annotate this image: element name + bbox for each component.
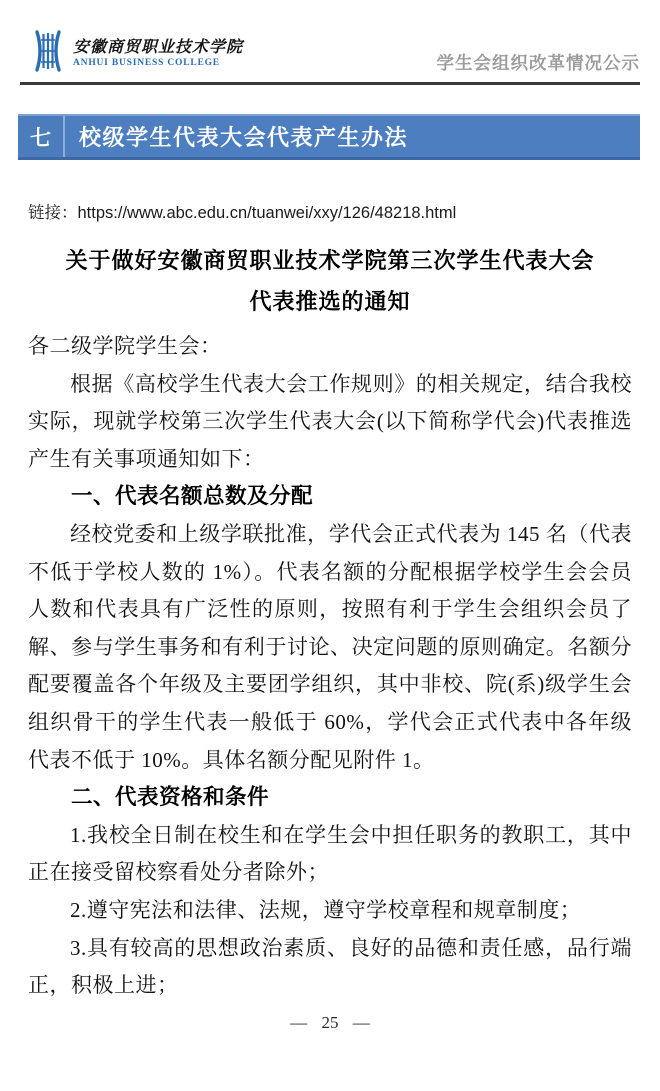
header-divider-rule [20, 82, 640, 85]
paragraph-intro: 根据《高校学生代表大会工作规则》的相关规定，结合我校实际，现就学校第三次学生代表… [28, 366, 632, 479]
notice-title: 关于做好安徽商贸职业技术学院第三次学生代表大会 代表推选的通知 [28, 240, 632, 322]
heading-section-1: 一、代表名额总数及分配 [28, 478, 632, 516]
paragraph-condition-1: 1.我校全日制在校生和在学生会中担任职务的教职工，其中正在接受留校察看处分者除外… [28, 817, 632, 892]
document-page: 安徽商贸职业技术学院 ANHUI BUSINESS COLLEGE 学生会组织改… [0, 0, 660, 1091]
section-number: 七 [18, 116, 65, 157]
source-url-link[interactable]: https://www.abc.edu.cn/tuanwei/xxy/126/4… [78, 204, 457, 222]
page-header: 安徽商贸职业技术学院 ANHUI BUSINESS COLLEGE 学生会组织改… [30, 29, 640, 77]
section-title: 校级学生代表大会代表产生办法 [65, 116, 640, 157]
paragraph-condition-3: 3.具有较高的思想政治素质、良好的品德和责任感，品行端正，积极上进； [28, 930, 632, 1005]
college-name-zh: 安徽商贸职业技术学院 [73, 38, 243, 57]
page-footer: — 25 — [0, 1013, 660, 1033]
page-number: — 25 — [290, 1013, 370, 1032]
link-label: 链接： [28, 204, 78, 222]
college-logo-text: 安徽商贸职业技术学院 ANHUI BUSINESS COLLEGE [73, 38, 243, 70]
header-slogan: 学生会组织改革情况公示 [437, 50, 641, 77]
notice-body: 各二级学院学生会： 根据《高校学生代表大会工作规则》的相关规定，结合我校实际，现… [28, 328, 632, 1005]
section-header-bar: 七 校级学生代表大会代表产生办法 [18, 114, 640, 160]
college-logo-icon [30, 30, 66, 77]
salutation: 各二级学院学生会： [28, 328, 632, 366]
source-link-line: 链接：https://www.abc.edu.cn/tuanwei/xxy/12… [28, 199, 632, 223]
paragraph-quota: 经校党委和上级学联批准，学代会正式代表为 145 名（代表不低于学校人数的 1%… [28, 516, 632, 779]
college-logo: 安徽商贸职业技术学院 ANHUI BUSINESS COLLEGE [30, 30, 243, 77]
paragraph-condition-2: 2.遵守宪法和法律、法规，遵守学校章程和规章制度； [28, 892, 632, 930]
heading-section-2: 二、代表资格和条件 [28, 779, 632, 817]
notice-title-line1: 关于做好安徽商贸职业技术学院第三次学生代表大会 [28, 240, 632, 281]
college-name-en: ANHUI BUSINESS COLLEGE [73, 57, 243, 70]
notice-title-line2: 代表推选的通知 [28, 281, 632, 322]
